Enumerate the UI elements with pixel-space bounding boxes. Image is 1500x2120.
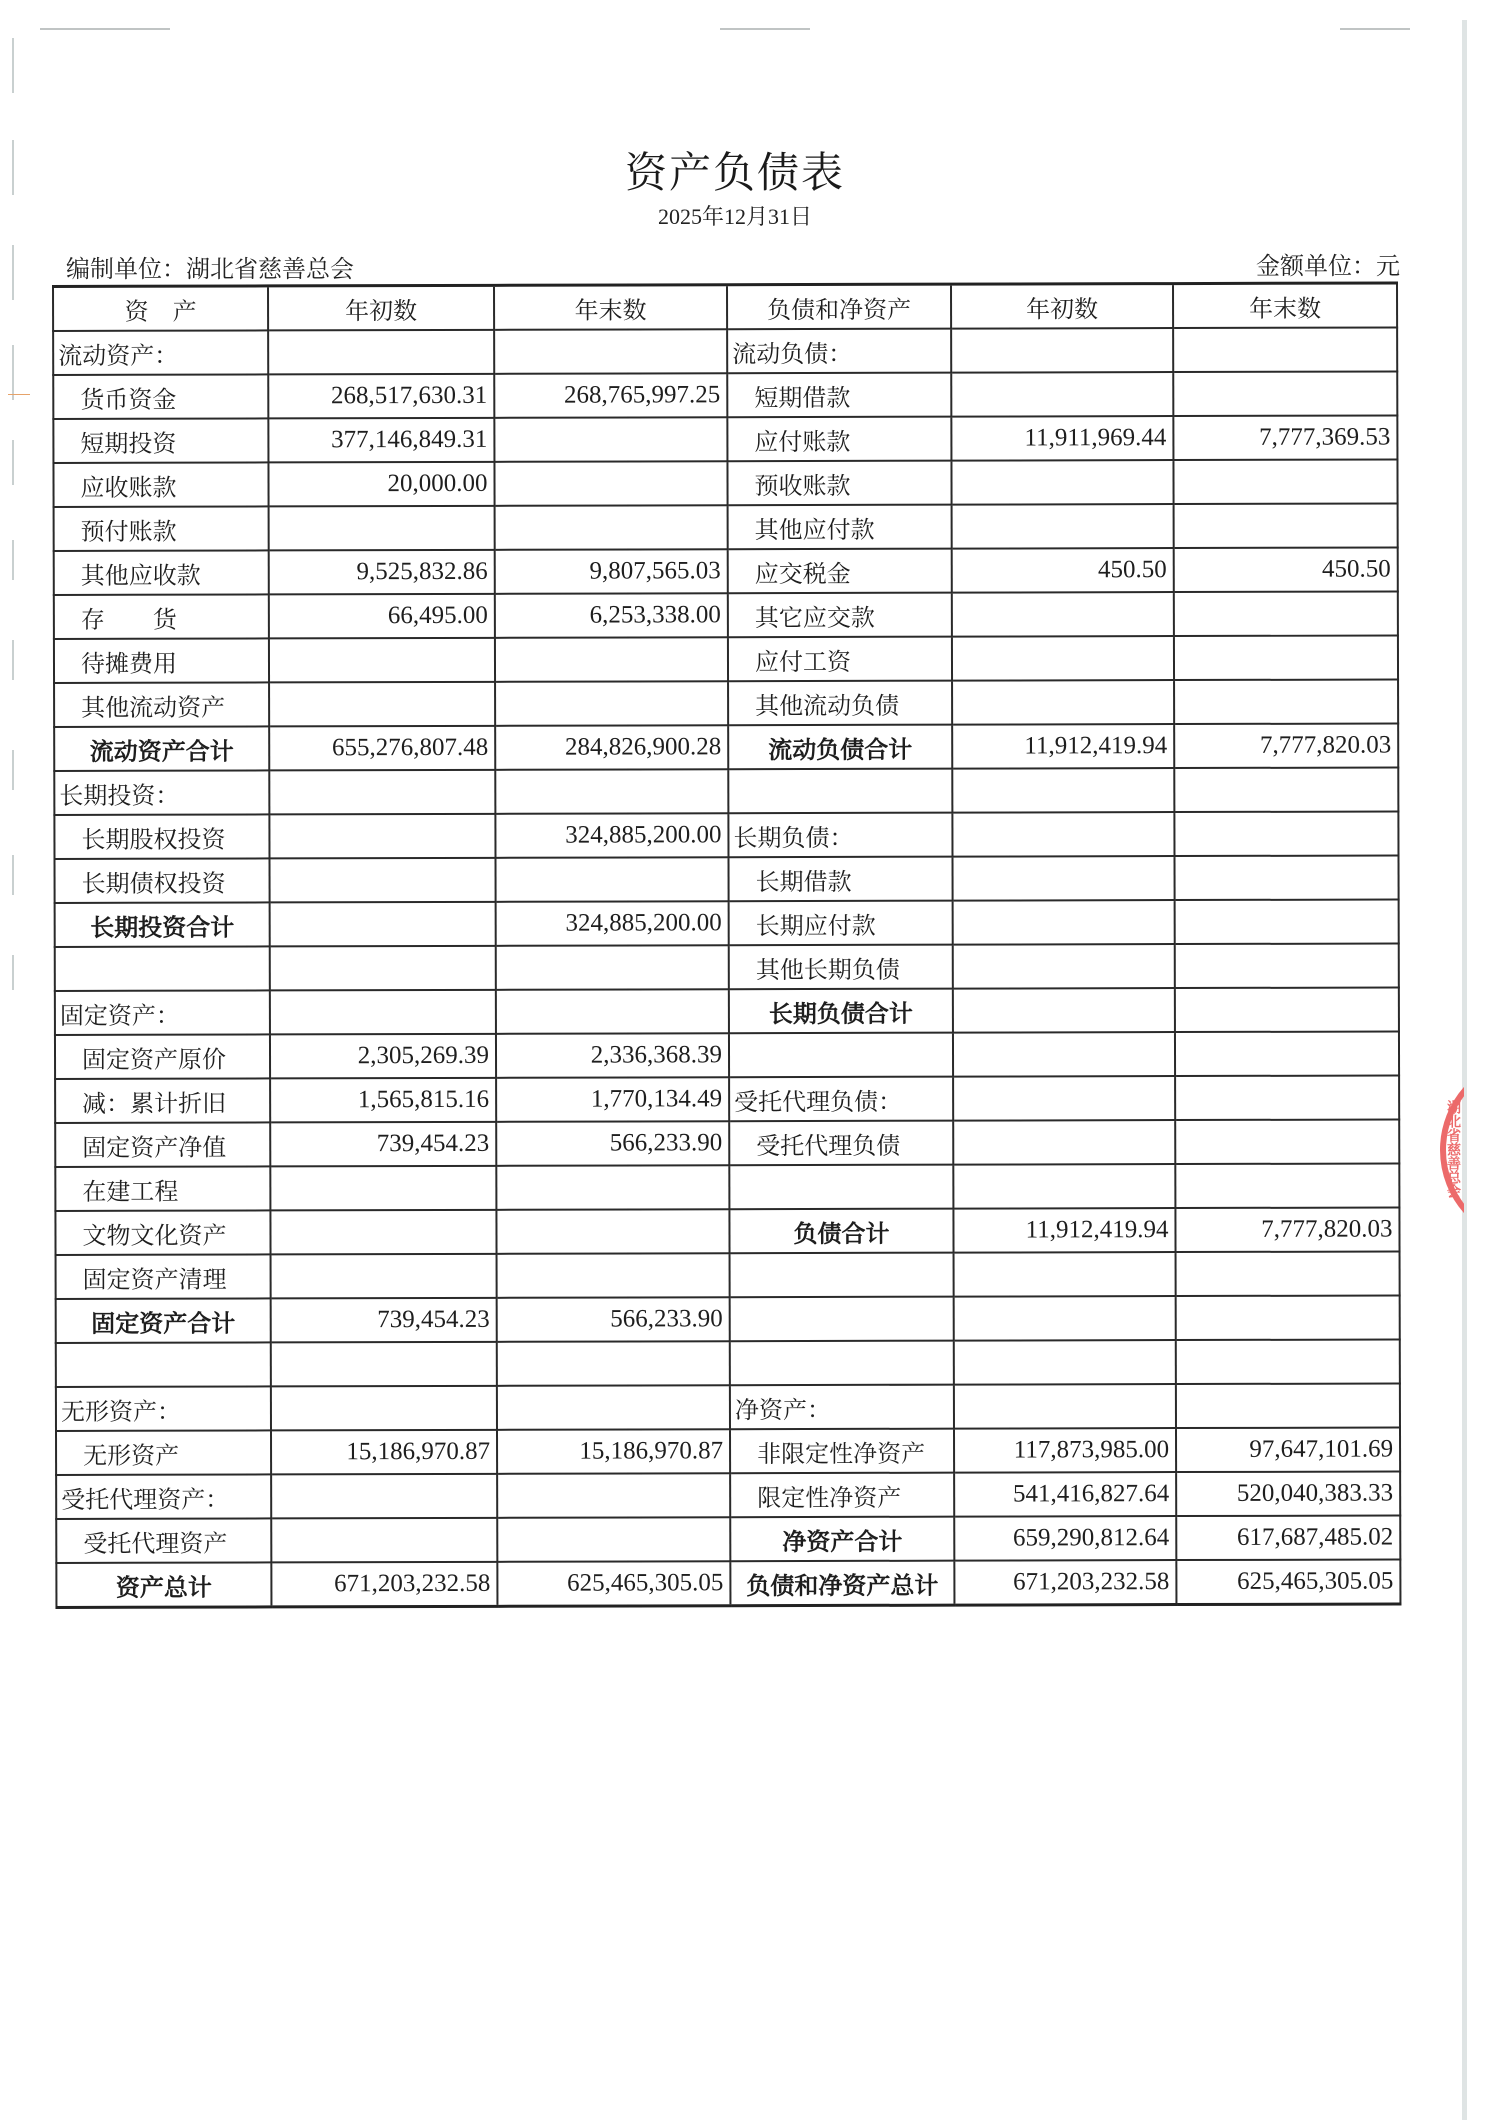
liability-label: 预收账款 (727, 461, 951, 506)
table-row: 在建工程 (55, 1163, 1399, 1211)
asset-end-value (495, 505, 728, 550)
asset-begin-value (270, 1210, 496, 1255)
table-row: 货币资金268,517,630.31268,765,997.25短期借款 (53, 371, 1397, 419)
liability-end-value: 450.50 (1174, 547, 1398, 592)
asset-begin-value: 9,525,832.86 (269, 550, 495, 595)
seal-stamp: 湖北省慈善总会 (1440, 1055, 1464, 1250)
liability-end-value (1174, 767, 1398, 812)
liability-label: 受托代理负债： (729, 1077, 953, 1122)
asset-label: 长期投资： (54, 770, 269, 815)
asset-begin-value (271, 1474, 497, 1519)
table-row (56, 1339, 1400, 1387)
liability-begin-value (953, 900, 1175, 945)
asset-label: 存 货 (54, 594, 269, 639)
asset-label: 货币资金 (53, 374, 268, 419)
liability-label (728, 769, 952, 814)
liability-begin-value: 117,873,985.00 (954, 1428, 1176, 1473)
table-row: 流动资产合计655,276,807.48284,826,900.28流动负债合计… (54, 723, 1398, 771)
liability-begin-value: 11,911,969.44 (951, 416, 1173, 461)
liability-begin-value (952, 592, 1174, 637)
table-row: 存 货66,495.006,253,338.00其它应交款 (54, 591, 1398, 639)
asset-end-value: 9,807,565.03 (495, 549, 728, 594)
liability-label: 限定性净资产 (730, 1473, 954, 1518)
liability-begin-value (952, 856, 1174, 901)
asset-end-value: 2,336,368.39 (496, 1033, 729, 1078)
seal-stamp-text: 湖北省慈善总会 (1446, 1100, 1460, 1198)
liability-begin-value (952, 768, 1174, 813)
liability-end-value (1174, 855, 1398, 900)
asset-begin-value (270, 946, 496, 991)
asset-begin-value: 739,454.23 (271, 1298, 497, 1343)
table-row: 受托代理资产净资产合计659,290,812.64617,687,485.02 (56, 1515, 1400, 1563)
asset-label: 固定资产清理 (56, 1254, 271, 1299)
liability-begin-value: 659,290,812.64 (954, 1516, 1176, 1561)
liability-begin-value (953, 944, 1175, 989)
liability-label: 长期负债： (728, 813, 952, 858)
table-row: 待摊费用应付工资 (54, 635, 1398, 683)
header-liabilities-end: 年末数 (1173, 283, 1397, 328)
liability-end-value: 97,647,101.69 (1176, 1427, 1400, 1472)
liability-end-value (1175, 899, 1399, 944)
liability-end-value: 617,687,485.02 (1176, 1515, 1400, 1560)
scan-artifact-top-dash (40, 28, 170, 30)
table-row: 固定资产净值739,454.23566,233.90受托代理负债 (55, 1119, 1399, 1167)
liability-begin-value (953, 1164, 1175, 1209)
asset-end-value (496, 857, 729, 902)
header-liabilities: 负债和净资产 (727, 284, 951, 329)
asset-end-value (497, 1253, 730, 1298)
asset-begin-value (269, 638, 495, 683)
scan-artifact-left-line (12, 750, 14, 790)
asset-label: 受托代理资产： (56, 1474, 271, 1519)
asset-label: 固定资产合计 (56, 1298, 271, 1343)
liability-label: 其他长期负债 (729, 945, 953, 990)
asset-end-value (497, 1517, 730, 1562)
table-row: 文物文化资产负债合计11,912,419.947,777,820.03 (55, 1207, 1399, 1255)
asset-label: 预付账款 (54, 506, 269, 551)
liability-end-value (1175, 1075, 1399, 1120)
scan-artifact-left-line (12, 245, 14, 300)
liability-label: 其他应付款 (728, 505, 952, 550)
asset-begin-value (270, 858, 496, 903)
liability-end-value (1174, 811, 1398, 856)
asset-begin-value: 20,000.00 (268, 462, 494, 507)
table-row: 减：累计折旧1,565,815.161,770,134.49受托代理负债： (55, 1075, 1399, 1123)
asset-label: 固定资产原价 (55, 1034, 270, 1079)
asset-end-value: 268,765,997.25 (494, 373, 727, 418)
liability-label: 应交税金 (728, 549, 952, 594)
liability-begin-value (951, 328, 1173, 373)
liability-begin-value (953, 1032, 1175, 1077)
liability-begin-value (954, 1252, 1176, 1297)
table-row: 固定资产清理 (56, 1251, 1400, 1299)
scan-artifact-left-line (12, 345, 14, 400)
liability-begin-value (954, 1384, 1176, 1429)
liability-label (730, 1297, 954, 1342)
table-row: 应收账款20,000.00预收账款 (53, 459, 1397, 507)
asset-label: 待摊费用 (54, 638, 269, 683)
asset-begin-value (269, 682, 495, 727)
scan-artifact-left-line (12, 855, 14, 895)
asset-label: 减：累计折旧 (55, 1078, 270, 1123)
scan-artifact-left-line (12, 38, 14, 93)
asset-end-value: 284,826,900.28 (495, 725, 728, 770)
asset-label: 流动资产合计 (54, 726, 269, 771)
asset-label: 在建工程 (55, 1166, 270, 1211)
asset-end-value (497, 1341, 730, 1386)
liability-label: 非限定性净资产 (730, 1429, 954, 1474)
asset-begin-value (271, 1342, 497, 1387)
balance-sheet-table: 资 产 年初数 年末数 负债和净资产 年初数 年末数 流动资产：流动负债：货币资… (52, 281, 1401, 1609)
header-assets-begin: 年初数 (268, 285, 494, 330)
asset-end-value: 15,186,970.87 (497, 1429, 730, 1474)
asset-end-value: 324,885,200.00 (496, 901, 729, 946)
liability-label: 长期负债合计 (729, 989, 953, 1034)
liability-begin-value: 11,912,419.94 (953, 1208, 1175, 1253)
liability-end-value: 7,777,820.03 (1174, 723, 1398, 768)
asset-end-value (496, 1209, 729, 1254)
asset-end-value: 625,465,305.05 (497, 1561, 730, 1606)
table-row: 固定资产合计739,454.23566,233.90 (56, 1295, 1400, 1343)
liability-label: 应付工资 (728, 637, 952, 682)
asset-label: 固定资产净值 (55, 1122, 270, 1167)
liability-end-value (1174, 679, 1398, 724)
header-assets: 资 产 (53, 286, 268, 331)
asset-end-value: 324,885,200.00 (495, 813, 728, 858)
scan-artifact-left-line (12, 640, 14, 680)
liability-end-value (1174, 635, 1398, 680)
asset-label: 流动资产： (53, 330, 268, 375)
table-row: 长期投资： (54, 767, 1398, 815)
table-row: 长期股权投资324,885,200.00长期负债： (54, 811, 1398, 859)
asset-label: 应收账款 (53, 462, 268, 507)
preparer-org: 编制单位：湖北省慈善总会 (66, 249, 354, 284)
asset-begin-value (271, 1386, 497, 1431)
liability-label (729, 1033, 953, 1078)
liability-label: 负债和净资产总计 (730, 1561, 954, 1606)
asset-begin-value (270, 902, 496, 947)
asset-begin-value (269, 506, 495, 551)
asset-label: 无形资产： (56, 1386, 271, 1431)
liability-label (730, 1341, 954, 1386)
liability-begin-value (952, 636, 1174, 681)
liability-end-value (1176, 1383, 1400, 1428)
asset-label: 长期债权投资 (55, 858, 270, 903)
header-assets-end: 年末数 (494, 285, 727, 330)
asset-begin-value (270, 1166, 496, 1211)
liability-end-value (1175, 1163, 1399, 1208)
liability-begin-value: 450.50 (952, 548, 1174, 593)
liability-label: 流动负债： (727, 329, 951, 374)
asset-begin-value: 2,305,269.39 (270, 1034, 496, 1079)
asset-end-value (494, 417, 727, 462)
table-row: 长期债权投资长期借款 (55, 855, 1399, 903)
asset-end-value (497, 1473, 730, 1518)
table-row: 资产总计671,203,232.58625,465,305.05负债和净资产总计… (56, 1559, 1400, 1607)
asset-end-value (495, 637, 728, 682)
table-row: 固定资产：长期负债合计 (55, 987, 1399, 1035)
table-header-row: 资 产 年初数 年末数 负债和净资产 年初数 年末数 (53, 283, 1397, 331)
liability-begin-value (954, 1296, 1176, 1341)
liability-end-value (1175, 1031, 1399, 1076)
liability-end-value (1173, 327, 1397, 372)
table-row: 其他应收款9,525,832.869,807,565.03应交税金450.504… (54, 547, 1398, 595)
liability-begin-value (951, 460, 1173, 505)
asset-end-value (496, 945, 729, 990)
liability-end-value (1176, 1295, 1400, 1340)
liability-begin-value (953, 1076, 1175, 1121)
table-row: 无形资产：净资产： (56, 1383, 1400, 1431)
liability-end-value (1174, 591, 1398, 636)
asset-end-value (495, 769, 728, 814)
asset-end-value: 6,253,338.00 (495, 593, 728, 638)
asset-begin-value: 739,454.23 (270, 1122, 496, 1167)
liability-end-value (1176, 1251, 1400, 1296)
report-date: 2025年12月31日 (0, 200, 1470, 231)
asset-label (56, 1342, 271, 1387)
liability-begin-value (953, 1120, 1175, 1165)
header-liabilities-begin: 年初数 (951, 284, 1173, 329)
table-body: 流动资产：流动负债：货币资金268,517,630.31268,765,997.… (53, 327, 1400, 1607)
table-row: 长期投资合计324,885,200.00长期应付款 (55, 899, 1399, 947)
asset-begin-value: 671,203,232.58 (271, 1562, 497, 1607)
asset-end-value (497, 1385, 730, 1430)
liability-begin-value: 11,912,419.94 (952, 724, 1174, 769)
asset-begin-value: 1,565,815.16 (270, 1078, 496, 1123)
asset-label: 受托代理资产 (56, 1518, 271, 1563)
liability-end-value (1175, 943, 1399, 988)
asset-begin-value: 15,186,970.87 (271, 1430, 497, 1475)
liability-end-value (1176, 1339, 1400, 1384)
scan-artifact-orange-tick (8, 394, 30, 395)
asset-label: 其他流动资产 (54, 682, 269, 727)
page-title: 资产负债表 (0, 140, 1470, 200)
asset-end-value (494, 329, 727, 374)
asset-begin-value (269, 770, 495, 815)
scan-artifact-top-dash (720, 28, 810, 30)
liability-label: 负债合计 (729, 1209, 953, 1254)
asset-label: 无形资产 (56, 1430, 271, 1475)
liability-begin-value (953, 988, 1175, 1033)
liability-end-value: 7,777,820.03 (1175, 1207, 1399, 1252)
scan-artifact-left-line (12, 540, 14, 580)
liability-label: 短期借款 (727, 373, 951, 418)
scan-artifact-left-line (12, 440, 14, 485)
table-row: 其他流动资产其他流动负债 (54, 679, 1398, 727)
asset-label: 长期股权投资 (54, 814, 269, 859)
table-row: 固定资产原价2,305,269.392,336,368.39 (55, 1031, 1399, 1079)
scan-artifact-left-line (12, 955, 14, 990)
asset-label: 短期投资 (53, 418, 268, 463)
liability-label: 净资产： (730, 1385, 954, 1430)
liability-label: 其它应交款 (728, 593, 952, 638)
asset-label: 其他应收款 (54, 550, 269, 595)
asset-end-value (494, 461, 727, 506)
liability-begin-value (952, 504, 1174, 549)
table-row: 其他长期负债 (55, 943, 1399, 991)
liability-label: 长期应付款 (729, 901, 953, 946)
liability-begin-value: 541,416,827.64 (954, 1472, 1176, 1517)
asset-label: 固定资产： (55, 990, 270, 1035)
liability-label (729, 1165, 953, 1210)
liability-begin-value (954, 1340, 1176, 1385)
liability-label: 受托代理负债 (729, 1121, 953, 1166)
liability-label: 流动负债合计 (728, 725, 952, 770)
liability-begin-value (952, 812, 1174, 857)
asset-begin-value (271, 1518, 497, 1563)
asset-label: 文物文化资产 (55, 1210, 270, 1255)
liability-end-value (1175, 987, 1399, 1032)
asset-begin-value (268, 330, 494, 375)
liability-end-value: 520,040,383.33 (1176, 1471, 1400, 1516)
liability-end-value: 7,777,369.53 (1173, 415, 1397, 460)
asset-label: 长期投资合计 (55, 902, 270, 947)
liability-label: 其他流动负债 (728, 681, 952, 726)
liability-begin-value (952, 680, 1174, 725)
asset-begin-value: 377,146,849.31 (268, 418, 494, 463)
asset-end-value: 1,770,134.49 (496, 1077, 729, 1122)
table-row: 短期投资377,146,849.31应付账款11,911,969.447,777… (53, 415, 1397, 463)
asset-begin-value (270, 990, 496, 1035)
table-row: 无形资产15,186,970.8715,186,970.87非限定性净资产117… (56, 1427, 1400, 1475)
liability-label (730, 1253, 954, 1298)
liability-label: 长期借款 (729, 857, 953, 902)
asset-begin-value: 655,276,807.48 (269, 726, 495, 771)
asset-end-value (496, 1165, 729, 1210)
asset-label (55, 946, 270, 991)
liability-end-value (1173, 371, 1397, 416)
table-row: 预付账款其他应付款 (54, 503, 1398, 551)
asset-end-value (496, 989, 729, 1034)
liability-begin-value (951, 372, 1173, 417)
asset-end-value: 566,233.90 (496, 1121, 729, 1166)
asset-label: 资产总计 (56, 1562, 271, 1607)
asset-end-value (495, 681, 728, 726)
liability-label: 净资产合计 (730, 1517, 954, 1562)
table-row: 流动资产：流动负债： (53, 327, 1397, 375)
liability-end-value (1175, 1119, 1399, 1164)
asset-begin-value: 66,495.00 (269, 594, 495, 639)
liability-end-value: 625,465,305.05 (1176, 1559, 1400, 1604)
liability-end-value (1174, 503, 1398, 548)
scan-artifact-top-dash (1340, 28, 1410, 30)
table-row: 受托代理资产：限定性净资产541,416,827.64520,040,383.3… (56, 1471, 1400, 1519)
asset-begin-value (271, 1254, 497, 1299)
liability-label: 应付账款 (727, 417, 951, 462)
asset-begin-value (269, 814, 495, 859)
liability-begin-value: 671,203,232.58 (954, 1560, 1176, 1605)
liability-end-value (1173, 459, 1397, 504)
amount-unit: 金额单位：元 (1256, 246, 1400, 281)
asset-end-value: 566,233.90 (497, 1297, 730, 1342)
asset-begin-value: 268,517,630.31 (268, 374, 494, 419)
